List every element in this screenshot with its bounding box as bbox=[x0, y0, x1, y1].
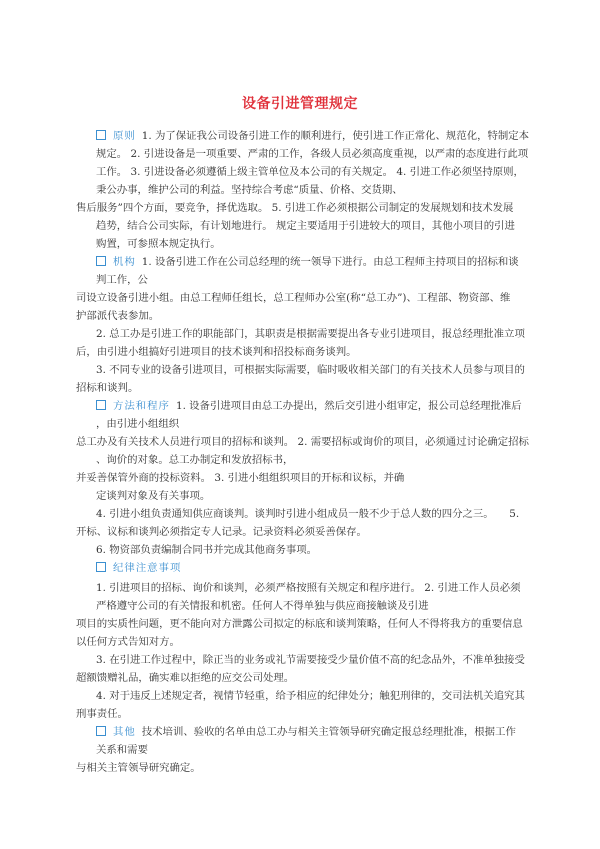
text-line: 刑事责任。 bbox=[76, 707, 128, 721]
text-line: 项目的实质性问题，更不能向对方泄露公司拟定的标底和谈判策略，任何人不得将我方的重… bbox=[76, 617, 523, 631]
text-line: 6. 物资部负责编制合同书并完成其他商务事项。 bbox=[96, 543, 317, 557]
line-text: 招标和谈判。 bbox=[76, 382, 138, 394]
text-line: 工作。 3. 引进设备必须遵循上级主管单位及本公司的有关规定。 4. 引进工作必… bbox=[96, 165, 524, 179]
text-line: 严格遵守公司的有关情报和机密。任何人不得单独与供应商接触谈及引进 bbox=[96, 599, 429, 613]
text-line: 购置，可参照本规定执行。 bbox=[96, 237, 221, 251]
section-heading-line: 其他技术培训、验收的名单由总工办与相关主管领导研究确定报总经理批准，根据工作 bbox=[96, 725, 516, 739]
text-line: 3. 在引进工作过程中，除正当的业务或礼节需要接受少量价值不高的纪念品外，不准单… bbox=[96, 653, 525, 667]
text-line: ，由引进小组组织 bbox=[96, 417, 179, 431]
section-heading: 机构 bbox=[113, 256, 136, 268]
line-text: 规定。 2. 引进设备是一项重要、严肃的工作，各级人员必须高度重视，以严肃的态度… bbox=[96, 148, 528, 160]
section-heading: 方法和程序 bbox=[113, 400, 170, 412]
text-line: 开标、议标和谈判必须指定专人记录。记录资料必须妥善保存。 bbox=[76, 525, 367, 539]
line-text: 护部派代表参加。 bbox=[76, 310, 159, 322]
text-line: 4. 引进小组负责通知供应商谈判。谈判时引进小组成员一般不少于总人数的四分之三。… bbox=[96, 507, 519, 521]
section-heading: 其他 bbox=[113, 726, 136, 738]
text-line: 后，由引进小组搞好引进项目的技术谈判和招投标商务谈判。 bbox=[76, 345, 357, 359]
section-heading-line: 机构1. 设备引进工作在公司总经理的统一领导下进行。由总工程师主持项目的招标和谈 bbox=[96, 255, 519, 269]
section-heading-line: 原则1. 为了保证我公司设备引进工作的顺利进行，使引进工作正常化、规范化，特制定… bbox=[96, 129, 529, 143]
checkbox-square-icon bbox=[96, 400, 106, 410]
line-text: 项目的实质性问题，更不能向对方泄露公司拟定的标底和谈判策略，任何人不得将我方的重… bbox=[76, 618, 523, 630]
line-text: 购置，可参照本规定执行。 bbox=[96, 238, 221, 250]
text-line: 定谈判对象及有关事项。 bbox=[96, 489, 210, 503]
line-text: 刑事责任。 bbox=[76, 708, 128, 720]
line-text: 、询价的对象。总工办制定和发放招标书， bbox=[96, 454, 293, 466]
line-text: 秉公办事，维护公司的利益。坚持综合考虑“质量、价格、交货期、 bbox=[96, 184, 403, 196]
document-title: 设备引进管理规定 bbox=[0, 93, 600, 113]
line-text: 1. 设备引进工作在公司总经理的统一领导下进行。由总工程师主持项目的招标和谈 bbox=[142, 256, 519, 268]
line-text: 1. 为了保证我公司设备引进工作的顺利进行，使引进工作正常化、规范化，特制定本 bbox=[142, 130, 529, 142]
line-text: 4. 对于违反上述规定者，视情节轻重，给予相应的纪律处分；触犯刑律的，交司法机关… bbox=[96, 690, 525, 702]
text-line: 3. 不同专业的设备引进项目，可根据实际需要，临时吸收相关部门的有关技术人员参与… bbox=[96, 363, 525, 377]
line-text: 1. 设备引进项目由总工办提出，然后交引进小组审定，报公司总经理批准后 bbox=[176, 400, 522, 412]
line-text: 4. 引进小组负责通知供应商谈判。谈判时引进小组成员一般不少于总人数的四分之三。… bbox=[96, 508, 519, 520]
text-line: 2. 总工办是引进工作的职能部门，其职责是根据需要提出各专业引进项目，报总经理批… bbox=[96, 327, 525, 341]
text-line: 规定。 2. 引进设备是一项重要、严肃的工作，各级人员必须高度重视，以严肃的态度… bbox=[96, 147, 528, 161]
text-line: 以任何方式告知对方。 bbox=[76, 635, 180, 649]
line-text: 1. 引进项目的招标、询价和谈判，必须严格按照有关规定和程序进行。 2. 引进工… bbox=[96, 582, 521, 594]
line-text: 6. 物资部负责编制合同书并完成其他商务事项。 bbox=[96, 544, 317, 556]
text-line: 趋势，结合公司实际，有计划地进行。 规定主要适用于引进较大的项目，其他小项目的引… bbox=[96, 219, 515, 233]
line-text: 工作。 3. 引进设备必须遵循上级主管单位及本公司的有关规定。 4. 引进工作必… bbox=[96, 166, 524, 178]
text-line: 总工办及有关技术人员进行项目的招标和谈判。 2. 需要招标或询价的项目，必须通过… bbox=[76, 435, 529, 449]
text-line: 4. 对于违反上述规定者，视情节轻重，给予相应的纪律处分；触犯刑律的，交司法机关… bbox=[96, 689, 525, 703]
line-text: 趋势，结合公司实际，有计划地进行。 规定主要适用于引进较大的项目，其他小项目的引… bbox=[96, 220, 515, 232]
line-text: 超额馈赠礼品，确实难以拒绝的应交公司处理。 bbox=[76, 672, 294, 684]
line-text: 与相关主管领导研究确定。 bbox=[76, 762, 201, 774]
checkbox-square-icon bbox=[96, 256, 106, 266]
section-heading: 原则 bbox=[113, 130, 136, 142]
checkbox-square-icon bbox=[96, 726, 106, 736]
line-text: 3. 在引进工作过程中，除正当的业务或礼节需要接受少量价值不高的纪念品外，不准单… bbox=[96, 654, 525, 666]
line-text: 技术培训、验收的名单由总工办与相关主管领导研究确定报总经理批准，根据工作 bbox=[142, 726, 516, 738]
text-line: 招标和谈判。 bbox=[76, 381, 138, 395]
line-text: ，由引进小组组织 bbox=[96, 418, 179, 430]
checkbox-square-icon bbox=[96, 130, 106, 140]
line-text: 总工办及有关技术人员进行项目的招标和谈判。 2. 需要招标或询价的项目，必须通过… bbox=[76, 436, 529, 448]
document-page: 设备引进管理规定 原则1. 为了保证我公司设备引进工作的顺利进行，使引进工作正常… bbox=[0, 0, 600, 849]
text-line: 关系和需要 bbox=[96, 743, 148, 757]
text-line: 、询价的对象。总工办制定和发放招标书， bbox=[96, 453, 293, 467]
text-line: 司设立设备引进小组。由总工程师任组长，总工程师办公室(称“总工办”)、工程部、物… bbox=[76, 291, 510, 305]
line-text: 售后服务”四个方面，要竞争，择优选取。 5. 引进工作必须根据公司制定的发展规划… bbox=[76, 202, 513, 214]
line-text: 并妥善保管外商的投标资料。 3. 引进小组组织项目的开标和议标，并确 bbox=[76, 472, 404, 484]
checkbox-square-icon bbox=[96, 562, 106, 572]
text-line: 护部派代表参加。 bbox=[76, 309, 159, 323]
text-line: 并妥善保管外商的投标资料。 3. 引进小组组织项目的开标和议标，并确 bbox=[76, 471, 404, 485]
line-text: 严格遵守公司的有关情报和机密。任何人不得单独与供应商接触谈及引进 bbox=[96, 600, 429, 612]
line-text: 关系和需要 bbox=[96, 744, 148, 756]
line-text: 3. 不同专业的设备引进项目，可根据实际需要，临时吸收相关部门的有关技术人员参与… bbox=[96, 364, 525, 376]
line-text: 司设立设备引进小组。由总工程师任组长，总工程师办公室(称“总工办”)、工程部、物… bbox=[76, 292, 510, 304]
line-text: 定谈判对象及有关事项。 bbox=[96, 490, 210, 502]
line-text: 以任何方式告知对方。 bbox=[76, 636, 180, 648]
section-heading: 纪律注意事项 bbox=[113, 562, 181, 574]
text-line: 超额馈赠礼品，确实难以拒绝的应交公司处理。 bbox=[76, 671, 294, 685]
line-text: 2. 总工办是引进工作的职能部门，其职责是根据需要提出各专业引进项目，报总经理批… bbox=[96, 328, 525, 340]
line-text: 判工作，公 bbox=[96, 274, 148, 286]
section-heading-line: 方法和程序1. 设备引进项目由总工办提出，然后交引进小组审定，报公司总经理批准后 bbox=[96, 399, 522, 413]
line-text: 后，由引进小组搞好引进项目的技术谈判和招投标商务谈判。 bbox=[76, 346, 357, 358]
line-text: 开标、议标和谈判必须指定专人记录。记录资料必须妥善保存。 bbox=[76, 526, 367, 538]
section-heading-line: 纪律注意事项 bbox=[96, 561, 187, 575]
text-line: 判工作，公 bbox=[96, 273, 148, 287]
text-line: 与相关主管领导研究确定。 bbox=[76, 761, 201, 775]
text-line: 售后服务”四个方面，要竞争，择优选取。 5. 引进工作必须根据公司制定的发展规划… bbox=[76, 201, 513, 215]
text-line: 1. 引进项目的招标、询价和谈判，必须严格按照有关规定和程序进行。 2. 引进工… bbox=[96, 581, 521, 595]
text-line: 秉公办事，维护公司的利益。坚持综合考虑“质量、价格、交货期、 bbox=[96, 183, 403, 197]
